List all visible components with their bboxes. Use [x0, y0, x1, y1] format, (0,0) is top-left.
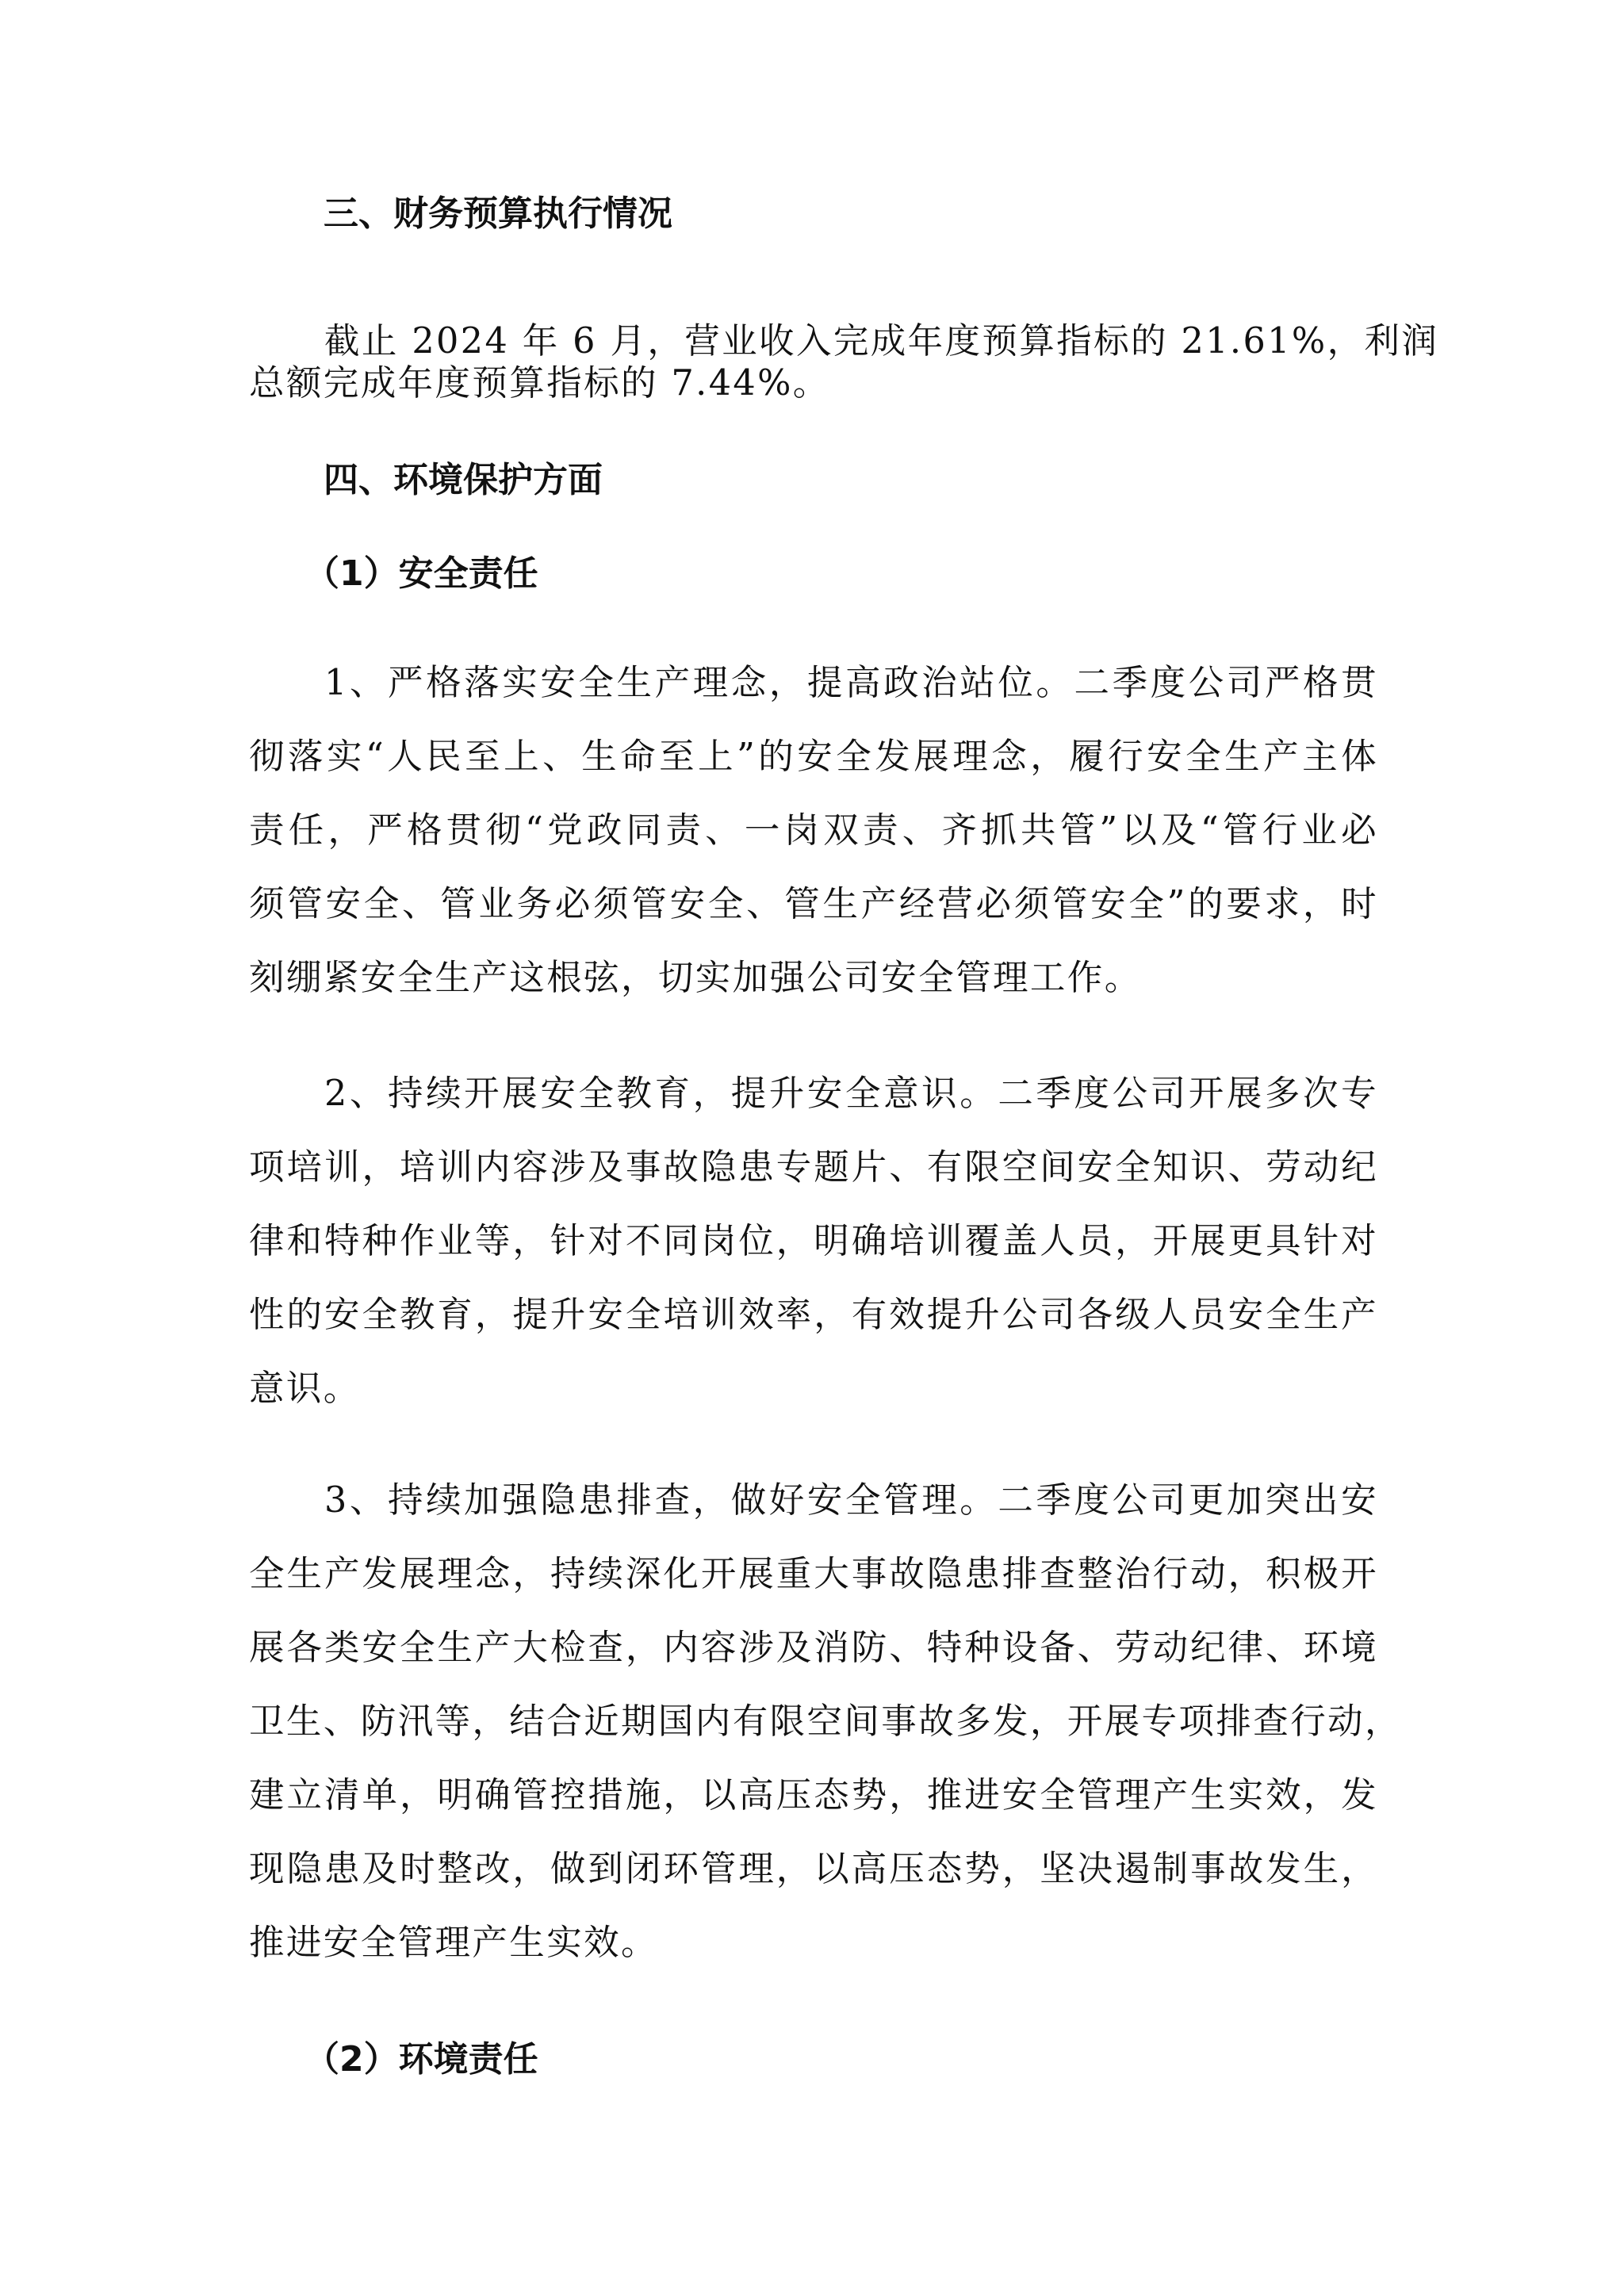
- paragraph-line: 全生产发展理念，持续深化开展重大事故隐患排查整治行动，积极开: [249, 1537, 1378, 1611]
- paragraph-line: 推进安全管理产生实效。: [249, 1906, 1378, 1980]
- paragraph-finance: 截止 2024 年 6 月，营业收入完成年度预算指标的 21.61%，利润 总额…: [249, 304, 1378, 420]
- paragraph-line: 卫生、防汛等，结合近期国内有限空间事故多发，开展专项排查行动，: [249, 1685, 1378, 1758]
- paragraph-line: 律和特种作业等，针对不同岗位，明确培训覆盖人员，开展更具针对: [249, 1204, 1378, 1278]
- document-page: 三、财务预算执行情况 截止 2024 年 6 月，营业收入完成年度预算指标的 2…: [0, 0, 1624, 2296]
- paragraph-line: 建立清单，明确管控措施，以高压态势，推进安全管理产生实效，发: [249, 1758, 1378, 1832]
- paragraph-safety-3: 3、持续加强隐患排查，做好安全管理。二季度公司更加突出安 全生产发展理念，持续深…: [249, 1464, 1378, 1980]
- paragraph-safety-2: 2、持续开展安全教育，提升安全意识。二季度公司开展多次专 项培训，培训内容涉及事…: [249, 1057, 1378, 1425]
- paragraph-safety-1: 1、严格落实安全生产理念，提高政治站位。二季度公司严格贯 彻落实“人民至上、生命…: [249, 646, 1378, 1015]
- paragraph-line: 现隐患及时整改，做到闭环管理，以高压态势，坚决遏制事故发生，: [249, 1832, 1378, 1906]
- paragraph-line: 项培训，培训内容涉及事故隐患专题片、有限空间安全知识、劳动纪: [249, 1131, 1378, 1204]
- paragraph-line: 意识。: [249, 1352, 1378, 1425]
- subsection-heading-environment: （2）环境责任: [304, 2036, 538, 2084]
- section-heading-environment: 四、环境保护方面: [324, 457, 603, 504]
- paragraph-line: 2、持续开展安全教育，提升安全意识。二季度公司开展多次专: [249, 1057, 1378, 1131]
- paragraph-line: 展各类安全生产大检查，内容涉及消防、特种设备、劳动纪律、环境: [249, 1611, 1378, 1685]
- paragraph-line: 1、严格落实安全生产理念，提高政治站位。二季度公司严格贯: [249, 646, 1378, 720]
- paragraph-line: 3、持续加强隐患排查，做好安全管理。二季度公司更加突出安: [249, 1464, 1378, 1537]
- paragraph-line: 责任，严格贯彻“党政同责、一岗双责、齐抓共管”以及“管行业必: [249, 794, 1378, 867]
- paragraph-line: 性的安全教育，提升安全培训效率，有效提升公司各级人员安全生产: [249, 1278, 1378, 1352]
- section-heading-finance: 三、财务预算执行情况: [324, 190, 672, 238]
- paragraph-line: 须管安全、管业务必须管安全、管生产经营必须管安全”的要求，时: [249, 867, 1378, 941]
- paragraph-line: 彻落实“人民至上、生命至上”的安全发展理念，履行安全生产主体: [249, 720, 1378, 794]
- paragraph-line: 刻绷紧安全生产这根弦，切实加强公司安全管理工作。: [249, 941, 1378, 1015]
- subsection-heading-safety: （1）安全责任: [304, 550, 538, 598]
